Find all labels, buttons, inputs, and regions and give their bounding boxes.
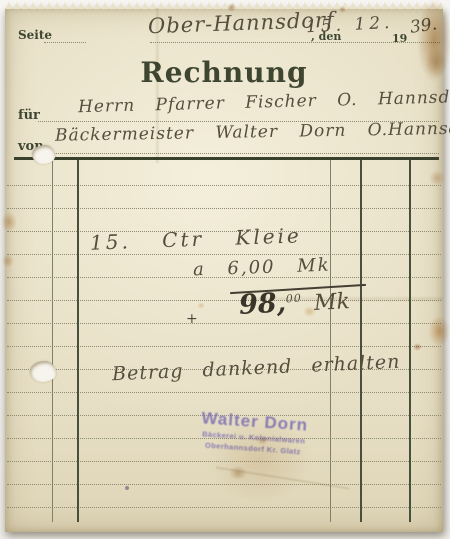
ruled-row-line xyxy=(7,507,441,508)
seite-label: Seite xyxy=(18,28,52,42)
fuer-label: für xyxy=(18,108,40,123)
total-amount: 98, xyxy=(238,287,287,320)
ruled-row-line xyxy=(7,323,441,324)
received-note-handwritten: Betrag dankend erhalten xyxy=(112,351,401,386)
paper-hole-top xyxy=(32,145,55,164)
total-prefix-mark: + xyxy=(186,311,198,327)
item-line-handwritten: 15. Ctr Kleie xyxy=(90,223,303,254)
year-handwritten: 39. xyxy=(409,14,439,38)
stain xyxy=(229,466,247,480)
ruled-row-line xyxy=(7,346,441,347)
column-line xyxy=(330,160,331,522)
column-line xyxy=(77,160,79,522)
perforated-edge xyxy=(5,2,443,9)
ruled-row-line xyxy=(7,254,441,255)
stain xyxy=(413,343,422,351)
seite-dotted-line xyxy=(44,42,86,43)
paper-hole-middle xyxy=(30,361,56,382)
column-line xyxy=(360,160,362,522)
fuer-value-handwritten: Herrn Pfarrer Fischer O. Hannsdorf xyxy=(78,87,450,117)
ink-speck xyxy=(125,486,129,490)
von-value-handwritten: Bäckermeister Walter Dorn O.Hannsdorf xyxy=(55,118,450,146)
invoice-paper: Seite Ober-Hannsdorf , den 15. 12. 19 39… xyxy=(5,8,443,532)
stain xyxy=(1,212,17,232)
day-month-handwritten: 15. 12. xyxy=(306,13,394,38)
year-printed: 19 xyxy=(392,32,407,45)
total-line-handwritten: 98,00Mk xyxy=(238,284,350,321)
ruled-row-line xyxy=(7,484,441,485)
ruled-row-line xyxy=(7,185,441,186)
column-line xyxy=(409,160,411,522)
von-dotted-line xyxy=(42,153,439,154)
ruled-row-line xyxy=(7,461,441,462)
ruled-row-line xyxy=(7,208,441,209)
total-decimals: 00 xyxy=(285,292,302,306)
ruled-row-line xyxy=(7,392,441,393)
ruled-row-line xyxy=(7,300,441,301)
stain xyxy=(429,170,445,186)
total-unit: Mk xyxy=(313,289,350,316)
stain xyxy=(2,254,14,268)
stain xyxy=(428,316,450,346)
document-title: Rechnung xyxy=(5,56,443,89)
column-line xyxy=(52,160,53,522)
stain xyxy=(197,302,205,309)
rubber-stamp: Walter Dorn Bäckerei u. Kolonialwaren Ob… xyxy=(184,407,325,459)
